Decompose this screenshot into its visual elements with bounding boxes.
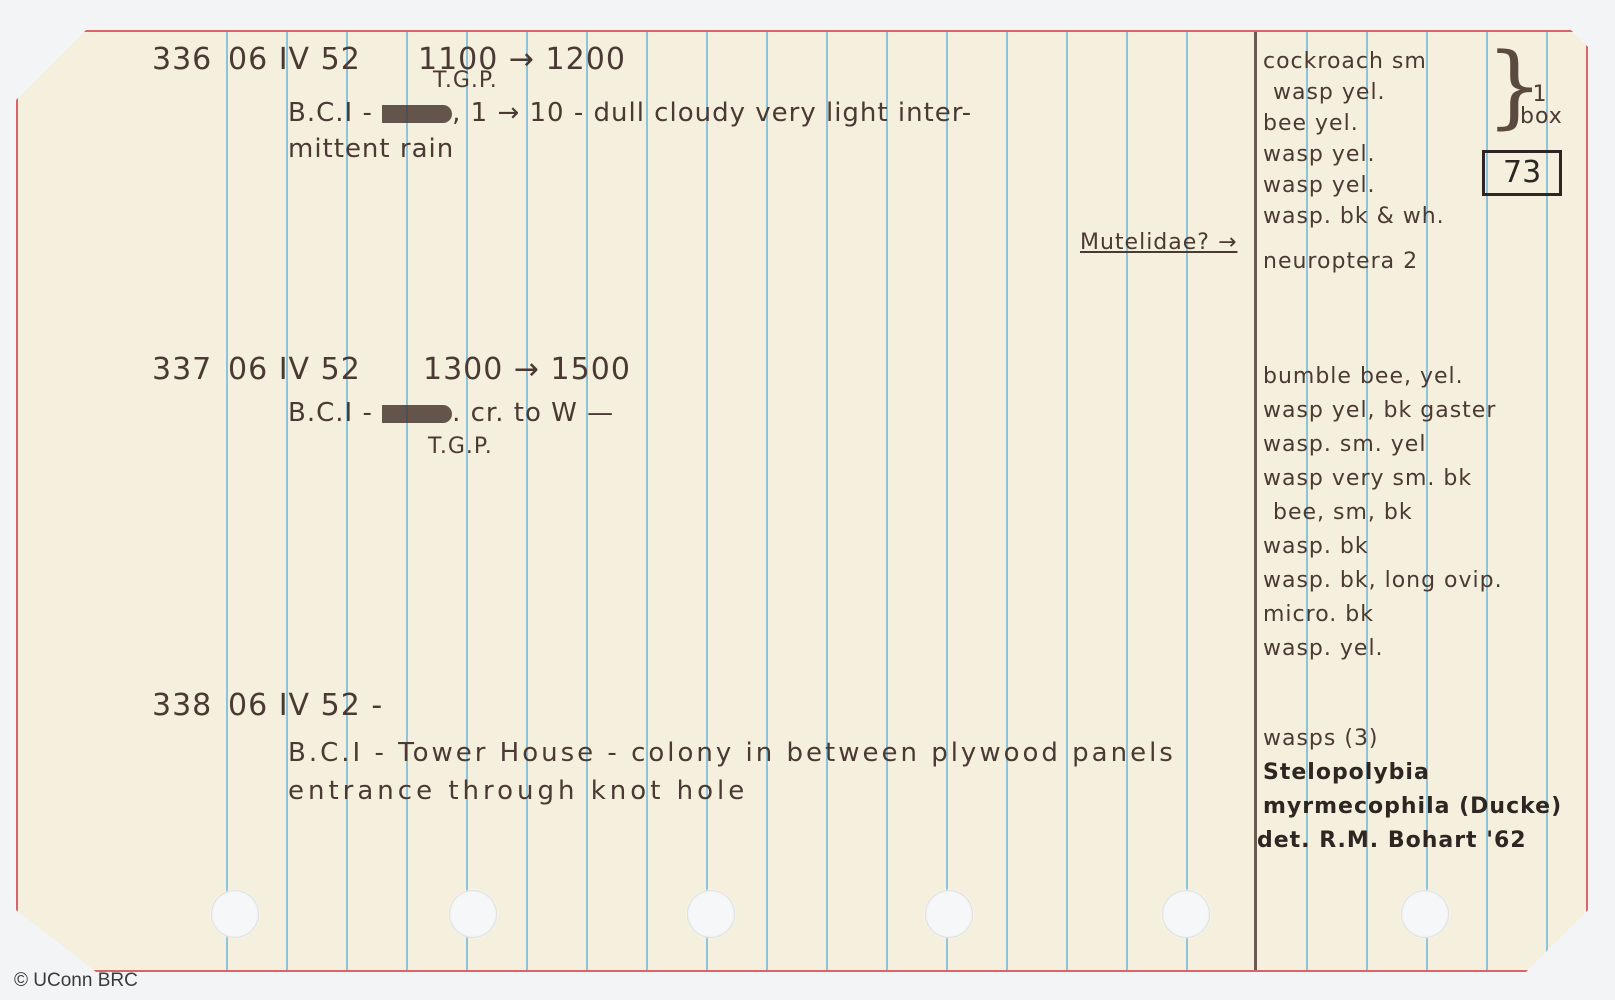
rule-line: [766, 32, 768, 970]
location-prefix: B.C.I -: [288, 98, 373, 128]
specimen-list-337: bumble bee, yel. wasp yel, bk gaster was…: [1263, 360, 1503, 666]
specimen-item: wasp. bk, long ovip.: [1263, 564, 1503, 598]
specimen-item: wasp yel.: [1263, 139, 1445, 170]
specimen-item: wasp very sm. bk: [1263, 462, 1503, 496]
rule-line: [586, 32, 588, 970]
specimen-item: wasp yel, bk gaster: [1263, 394, 1503, 428]
copyright-label: © UConn BRC: [14, 970, 138, 992]
rule-line: [286, 32, 288, 970]
specimen-item: wasp yel.: [1263, 77, 1445, 108]
box-number: 73: [1482, 150, 1562, 196]
specimen-item: wasp. bk: [1263, 530, 1503, 564]
box-note: 1 box: [1520, 84, 1560, 128]
rule-line: [226, 32, 228, 970]
specimen-item: wasp yel.: [1263, 170, 1445, 201]
location-suffix: . cr. to W —: [452, 398, 614, 428]
redacted-mark: [382, 405, 452, 423]
entry-338-date: 06 IV 52 -: [228, 688, 383, 723]
arrow-right-icon: →: [1210, 230, 1237, 255]
specimen-list-336: cockroach sm wasp yel. bee yel. wasp yel…: [1263, 46, 1445, 277]
specimen-item: cockroach sm: [1263, 46, 1445, 77]
entry-336-date: 06 IV 52: [228, 42, 361, 77]
specimen-item: bee, sm, bk: [1263, 496, 1503, 530]
punch-hole: [1401, 890, 1449, 938]
specimen-item: bee yel.: [1263, 108, 1445, 139]
rule-line: [946, 32, 948, 970]
catalog-card: 336 06 IV 52 1100 → 1200 T.G.P. B.C.I - …: [16, 30, 1588, 972]
redacted-mark: [382, 105, 452, 123]
entry-338-location: B.C.I - Tower House - colony in between …: [288, 738, 1176, 768]
rule-line: [466, 32, 468, 970]
entry-338-number: 338: [152, 688, 212, 723]
specimen-item: wasp. yel.: [1263, 632, 1503, 666]
rule-line: [706, 32, 708, 970]
specimen-list-338: wasps (3) Stelopolybia myrmecophila (Duc…: [1263, 722, 1562, 858]
specimen-item: Stelopolybia: [1263, 756, 1562, 790]
location-suffix: , 1 → 10 - dull cloudy very light inter-: [452, 98, 972, 128]
entry-337-collector: T.G.P.: [428, 434, 493, 459]
rule-line: [526, 32, 528, 970]
specimen-item: micro. bk: [1263, 598, 1503, 632]
rule-line: [886, 32, 888, 970]
punch-hole: [687, 890, 735, 938]
entry-336-collector: T.G.P.: [433, 68, 498, 93]
rule-line: [1066, 32, 1068, 970]
location-prefix: B.C.I -: [288, 398, 373, 428]
specimen-item: wasp. sm. yel: [1263, 428, 1503, 462]
specimen-item: bumble bee, yel.: [1263, 360, 1503, 394]
entry-337-number: 337: [152, 352, 212, 387]
specimen-item: wasps (3): [1263, 722, 1562, 756]
punch-hole: [449, 890, 497, 938]
rule-line: [346, 32, 348, 970]
rule-line: [826, 32, 828, 970]
entry-337-time: 1300 → 1500: [423, 352, 631, 387]
entry-336-number: 336: [152, 42, 212, 77]
entry-337-date: 06 IV 52: [228, 352, 361, 387]
punch-hole: [211, 890, 259, 938]
rule-line: [646, 32, 648, 970]
entry-336-location: B.C.I - , 1 → 10 - dull cloudy very ligh…: [288, 98, 972, 128]
entry-338-continuation: entrance through knot hole: [288, 776, 748, 806]
entry-336-margin-note: Mutelidae? →: [1080, 230, 1237, 255]
punch-hole: [925, 890, 973, 938]
rule-line: [1186, 32, 1188, 970]
rule-line: [406, 32, 408, 970]
entry-336-continuation: mittent rain: [288, 134, 454, 164]
entry-337-location: B.C.I - . cr. to W —: [288, 398, 614, 428]
specimen-item: neuroptera 2: [1263, 246, 1445, 277]
punch-hole: [1162, 890, 1210, 938]
rule-line: [1006, 32, 1008, 970]
specimen-item: wasp. bk & wh.: [1263, 201, 1445, 232]
specimen-item: det. R.M. Bohart '62: [1257, 824, 1562, 858]
specimen-item: myrmecophila (Ducke): [1263, 790, 1562, 824]
rule-line: [1126, 32, 1128, 970]
